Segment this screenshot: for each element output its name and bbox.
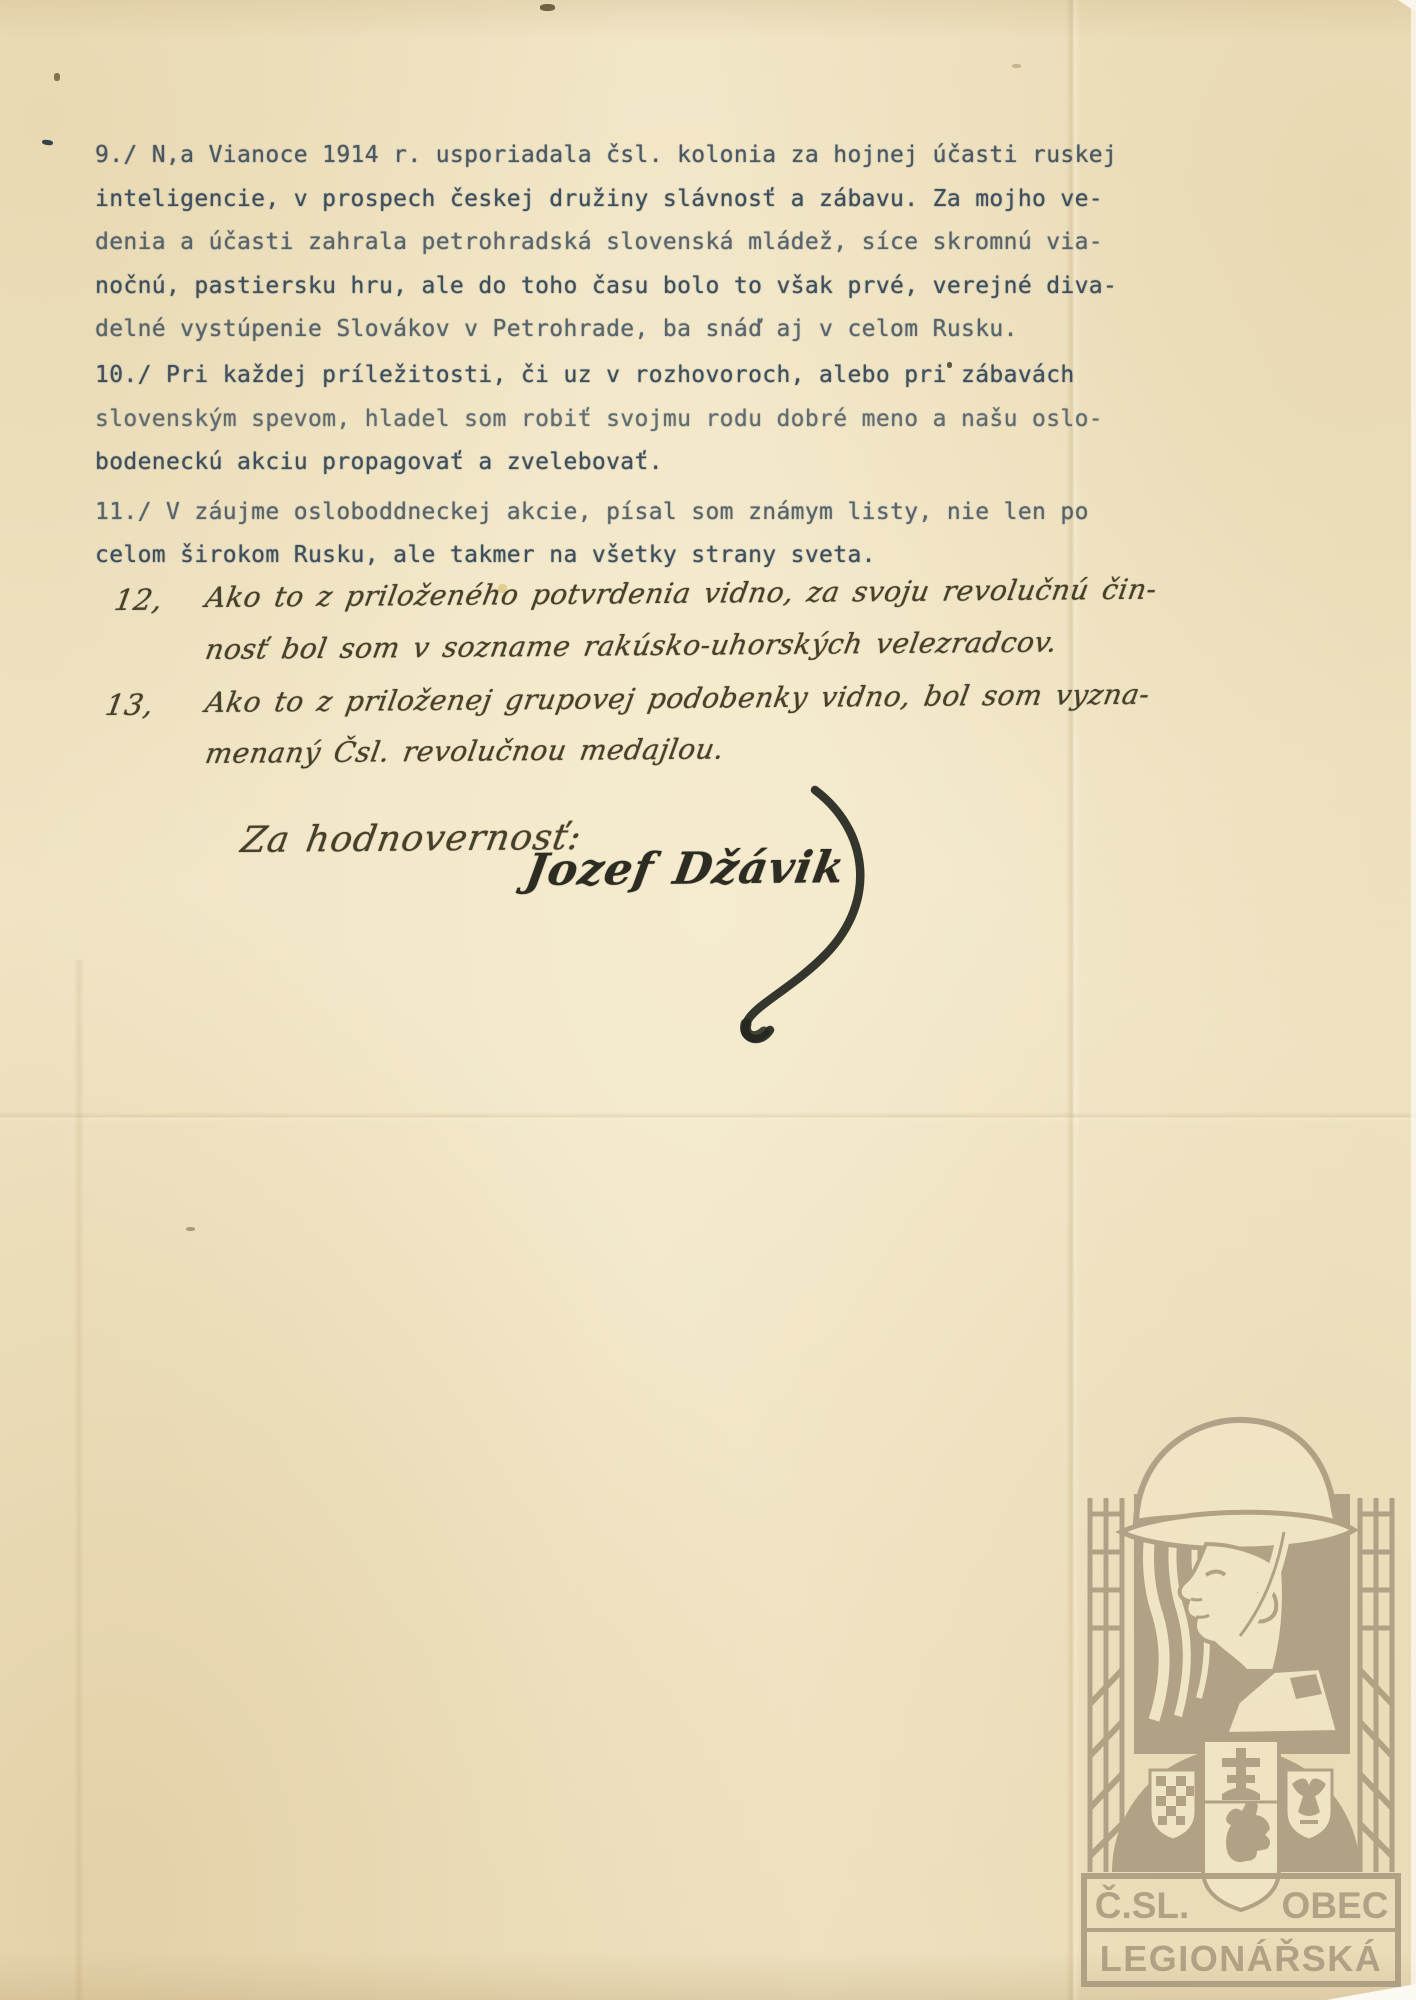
typed-line-3: denia a účasti zahrala petrohradská slov… <box>95 221 1155 265</box>
ink-speck <box>42 139 54 145</box>
scan-corner-top-right <box>1398 0 1416 12</box>
document-scan: 9./ N,a Vianoce 1914 r. usporiadala čsl.… <box>0 0 1416 2000</box>
item-12-number: 12, <box>112 583 165 617</box>
item-13-line-1: Ako to z priloženej grupovej podobenky v… <box>203 678 1152 719</box>
item-13-line-2: menaný Čsl. revolučnou medajlou. <box>203 732 727 770</box>
typed-line-10: celom širokom Rusku, ale takmer na všetk… <box>95 534 1155 578</box>
typewritten-text: 9./ N,a Vianoce 1914 r. usporiadala čsl.… <box>95 134 1155 578</box>
typed-line-2: inteligencie, v prospech českej družiny … <box>95 178 1155 222</box>
paper-crease-horizontal <box>0 1112 1416 1122</box>
emblem-text-legionarska: LEGIONÁŘSKÁ <box>1100 1937 1383 1979</box>
paper-speck <box>186 1227 195 1231</box>
emblem-text-obec: OBEC <box>1282 1885 1389 1926</box>
item-12-line-1: Ako to z priloženého potvrdenia vidno, z… <box>203 573 1159 614</box>
typed-line-9: 11./ V záujme osloboddneckej akcie, písa… <box>95 491 1155 535</box>
scan-edge-right <box>1411 0 1416 2000</box>
shield-bohemia-slovakia-icon <box>1203 1740 1279 1910</box>
shield-moravia-icon <box>1150 1770 1196 1840</box>
shield-silesia-icon <box>1286 1770 1332 1840</box>
legionnaire-emblem-watermark: Č.SL. OBEC LEGIONÁŘSKÁ <box>1076 1402 1406 1992</box>
item-12-line-2: nosť bol som v sozname rakúsko-uhorských… <box>203 626 1060 666</box>
ladder-ornament-right <box>1360 1498 1392 1872</box>
paper-speck <box>54 73 60 81</box>
paper-speck <box>540 4 555 11</box>
typed-line-6: 10./ Pri každej príležitosti, či uz v ro… <box>95 354 1155 398</box>
typed-line-1: 9./ N,a Vianoce 1914 r. usporiadala čsl.… <box>95 134 1155 178</box>
ladder-ornament-left <box>1090 1498 1122 1872</box>
emblem-text-csl: Č.SL. <box>1095 1884 1190 1926</box>
typed-line-4: nočnú, pastiersku hru, ale do toho času … <box>95 265 1155 309</box>
signature-flourish-icon <box>640 768 900 1058</box>
paper-stain <box>1012 64 1021 68</box>
typed-line-8: bodeneckú akciu propagovať a zvelebovať. <box>95 441 1155 485</box>
typed-line-7: slovenským spevom, hladel som robiť svoj… <box>95 398 1155 442</box>
typed-line-5: delné vystúpenie Slovákov v Petrohrade, … <box>95 308 1155 352</box>
paper-crease-left <box>74 960 84 2000</box>
item-13-number: 13, <box>103 688 156 722</box>
